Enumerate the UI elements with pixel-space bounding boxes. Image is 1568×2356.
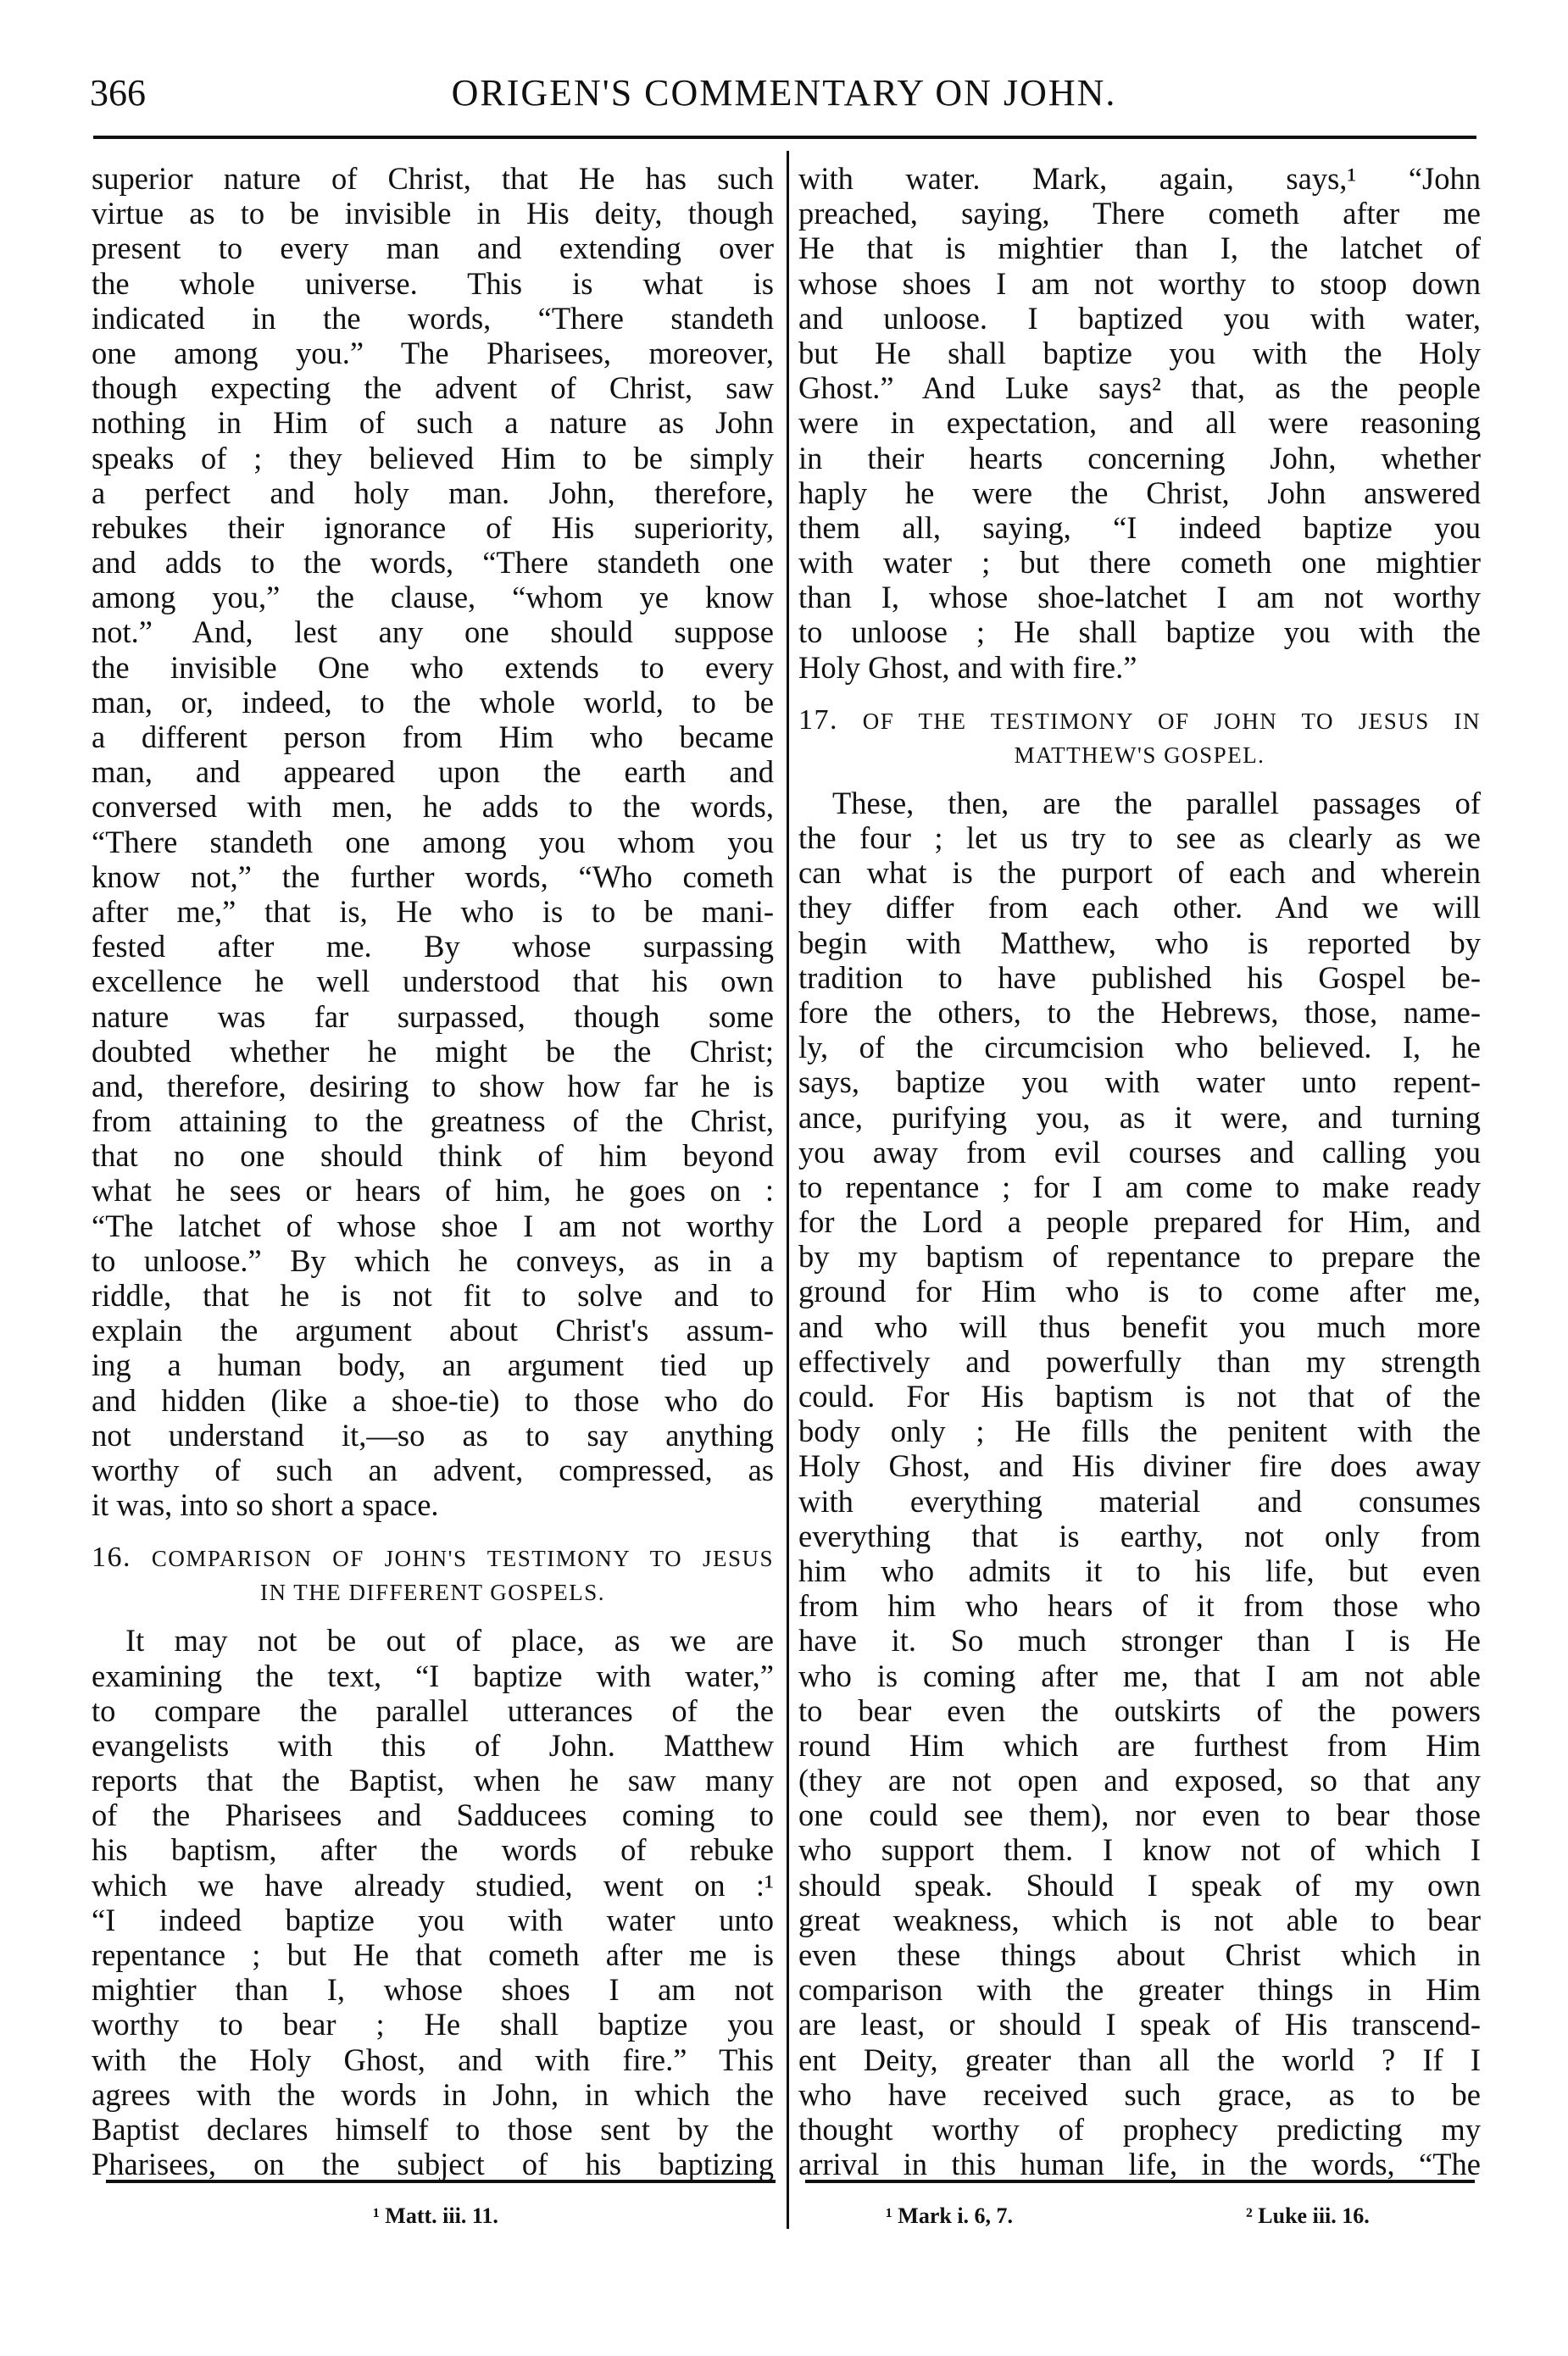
text-line: and adds to the words, “There standeth o…	[92, 545, 774, 580]
text-line: him who admits it to his life, but even	[798, 1553, 1481, 1588]
text-line: says, baptize you with water unto repent…	[798, 1064, 1481, 1099]
text-line: were in expectation, and all were reason…	[798, 405, 1481, 440]
text-line: to repentance ; for I am come to make re…	[798, 1170, 1481, 1204]
left-paragraph-1: superior nature of Christ, that He has s…	[92, 161, 774, 1522]
text-line: worthy to bear ; He shall baptize you	[92, 2007, 774, 2042]
text-line: not understand it,—so as to say anything	[92, 1418, 774, 1453]
right-paragraph-2: These, then, are the parallel passages o…	[798, 786, 1481, 2182]
text-line: everything that is earthy, not only from	[798, 1519, 1481, 1553]
section-title-line1: COMPARISON OF JOHN'S TESTIMONY TO JESUS	[152, 1546, 774, 1571]
text-line: He that is mightier than I, the latchet …	[798, 231, 1481, 265]
text-line: haply he were the Christ, John answered	[798, 475, 1481, 510]
text-line: even these things about Christ which in	[798, 1937, 1481, 1972]
text-line: have it. So much stronger than I is He	[798, 1623, 1481, 1658]
footnote-matthew: ¹ Matt. iii. 11.	[373, 2203, 498, 2229]
text-line: conversed with men, he adds to the words…	[92, 789, 774, 824]
text-line: comparison with the greater things in Hi…	[798, 1972, 1481, 2007]
section-title-line2: MATTHEW'S GOSPEL.	[798, 738, 1481, 772]
text-line: superior nature of Christ, that He has s…	[92, 161, 774, 196]
text-line: great weakness, which is not able to bea…	[798, 1903, 1481, 1937]
section-title-line1: OF THE TESTIMONY OF JOHN TO JESUS IN	[863, 708, 1481, 734]
text-line: Ghost.” And Luke says² that, as the peop…	[798, 370, 1481, 405]
text-line: it was, into so short a space.	[92, 1487, 774, 1522]
text-line: man, or, indeed, to the whole world, to …	[92, 685, 774, 720]
text-line: evangelists with this of John. Matthew	[92, 1728, 774, 1763]
text-line: ance, purifying you, as it were, and tur…	[798, 1100, 1481, 1135]
text-line: “There standeth one among you whom you	[92, 825, 774, 859]
column-divider	[787, 151, 789, 2229]
text-line: “I indeed baptize you with water unto	[92, 1903, 774, 1937]
text-line: know not,” the further words, “Who comet…	[92, 859, 774, 894]
text-line: whose shoes I am not worthy to stoop dow…	[798, 266, 1481, 301]
running-title: ORIGEN'S COMMENTARY ON JOHN.	[0, 71, 1568, 114]
text-line: the whole universe. This is what is	[92, 266, 774, 301]
text-line: effectively and powerfully than my stren…	[798, 1344, 1481, 1379]
text-line: Holy Ghost, and with fire.”	[798, 650, 1481, 685]
text-line: to unloose ; He shall baptize you with t…	[798, 614, 1481, 649]
text-line: for the Lord a people prepared for Him, …	[798, 1204, 1481, 1239]
text-line: from attaining to the greatness of the C…	[92, 1103, 774, 1138]
text-line: the invisible One who extends to every	[92, 650, 774, 685]
left-paragraph-2: It may not be out of place, as we areexa…	[92, 1623, 774, 2181]
text-line: should speak. Should I speak of my own	[798, 1868, 1481, 1903]
text-line: which we have already studied, went on :…	[92, 1868, 774, 1903]
section-title-line2: IN THE DIFFERENT GOSPELS.	[92, 1575, 774, 1609]
text-line: and, therefore, desiring to show how far…	[92, 1069, 774, 1103]
text-line: with water. Mark, again, says,¹ “John	[798, 161, 1481, 196]
text-line: you away from evil courses and calling y…	[798, 1135, 1481, 1170]
text-line: tradition to have published his Gospel b…	[798, 960, 1481, 995]
text-line: with the Holy Ghost, and with fire.” Thi…	[92, 2042, 774, 2077]
text-line: with water ; but there cometh one mighti…	[798, 545, 1481, 580]
text-line: what he sees or hears of him, he goes on…	[92, 1173, 774, 1208]
footnote-rule-right	[805, 2180, 1475, 2183]
text-line: one could see them), nor even to bear th…	[798, 1798, 1481, 1832]
right-paragraph-1: with water. Mark, again, says,¹ “Johnpre…	[798, 161, 1481, 685]
text-line: indicated in the words, “There standeth	[92, 301, 774, 336]
text-line: and who will thus benefit you much more	[798, 1309, 1481, 1344]
text-line: riddle, that he is not fit to solve and …	[92, 1278, 774, 1313]
text-line: to compare the parallel utterances of th…	[92, 1693, 774, 1728]
text-line: Pharisees, on the subject of his baptizi…	[92, 2147, 774, 2181]
text-line: ground for Him who is to come after me,	[798, 1274, 1481, 1309]
text-line: excellence he well understood that his o…	[92, 964, 774, 998]
section-heading-17: 17. OF THE TESTIMONY OF JOHN TO JESUS IN…	[798, 703, 1481, 772]
text-line: could. For His baptism is not that of th…	[798, 1379, 1481, 1414]
text-line: one among you.” The Pharisees, moreover,	[92, 336, 774, 370]
text-line: ent Deity, greater than all the world ? …	[798, 2042, 1481, 2077]
text-line: doubted whether he might be the Christ;	[92, 1034, 774, 1069]
text-line: in their hearts concerning John, whether	[798, 441, 1481, 475]
text-line: who have received such grace, as to be	[798, 2077, 1481, 2112]
text-line: not.” And, lest any one should suppose	[92, 614, 774, 649]
text-line: examining the text, “I baptize with wate…	[92, 1659, 774, 1693]
text-line: “The latchet of whose shoe I am not wort…	[92, 1209, 774, 1243]
text-line: ly, of the circumcision who believed. I,…	[798, 1030, 1481, 1064]
text-line: rebukes their ignorance of His superiori…	[92, 510, 774, 545]
text-line: than I, whose shoe-latchet I am not wort…	[798, 580, 1481, 614]
text-line: his baptism, after the words of rebuke	[92, 1832, 774, 1867]
section-heading-16: 16. COMPARISON OF JOHN'S TESTIMONY TO JE…	[92, 1541, 774, 1609]
text-line: Holy Ghost, and His diviner fire does aw…	[798, 1448, 1481, 1483]
text-line: from him who hears of it from those who	[798, 1588, 1481, 1623]
text-line: reports that the Baptist, when he saw ma…	[92, 1763, 774, 1798]
text-line: but He shall baptize you with the Holy	[798, 336, 1481, 370]
text-line: speaks of ; they believed Him to be simp…	[92, 441, 774, 475]
text-line: they differ from each other. And we will	[798, 890, 1481, 925]
text-line: to unloose.” By which he conveys, as in …	[92, 1243, 774, 1278]
text-line: man, and appeared upon the earth and	[92, 754, 774, 789]
text-line: fested after me. By whose surpassing	[92, 929, 774, 964]
text-line: arrival in this human life, in the words…	[798, 2147, 1481, 2181]
header-rule	[93, 136, 1476, 139]
text-line: nature was far surpassed, though some	[92, 999, 774, 1034]
text-line: with everything material and consumes	[798, 1484, 1481, 1519]
section-number: 16.	[92, 1542, 131, 1573]
text-line: These, then, are the parallel passages o…	[798, 786, 1481, 820]
right-column: with water. Mark, again, says,¹ “Johnpre…	[798, 161, 1481, 2181]
text-line: though expecting the advent of Christ, s…	[92, 370, 774, 405]
text-line: to bear even the outskirts of the powers	[798, 1693, 1481, 1728]
text-line: agrees with the words in John, in which …	[92, 2077, 774, 2112]
text-line: the four ; let us try to see as clearly …	[798, 820, 1481, 855]
text-line: begin with Matthew, who is reported by	[798, 925, 1481, 960]
text-line: virtue as to be invisible in His deity, …	[92, 196, 774, 231]
text-line: ing a human body, an argument tied up	[92, 1347, 774, 1382]
text-line: thought worthy of prophecy predicting my	[798, 2112, 1481, 2147]
text-line: a different person from Him who became	[92, 720, 774, 754]
text-line: (they are not open and exposed, so that …	[798, 1763, 1481, 1798]
text-line: worthy of such an advent, compressed, as	[92, 1453, 774, 1487]
footnote-luke: ² Luke iii. 16.	[1246, 2203, 1370, 2229]
text-line: fore the others, to the Hebrews, those, …	[798, 995, 1481, 1030]
text-line: repentance ; but He that cometh after me…	[92, 1937, 774, 1972]
text-line: among you,” the clause, “whom ye know	[92, 580, 774, 614]
text-line: who is coming after me, that I am not ab…	[798, 1659, 1481, 1693]
text-line: and unloose. I baptized you with water,	[798, 301, 1481, 336]
text-line: Baptist declares himself to those sent b…	[92, 2112, 774, 2147]
text-line: and hidden (like a shoe-tie) to those wh…	[92, 1383, 774, 1418]
text-line: who support them. I know not of which I	[798, 1832, 1481, 1867]
left-column: superior nature of Christ, that He has s…	[92, 161, 774, 2181]
text-line: after me,” that is, He who is to be mani…	[92, 894, 774, 929]
section-number: 17.	[798, 704, 838, 736]
footnote-rule-left	[106, 2180, 776, 2183]
text-line: preached, saying, There cometh after me	[798, 196, 1481, 231]
text-line: nothing in Him of such a nature as John	[92, 405, 774, 440]
text-line: them all, saying, “I indeed baptize you	[798, 510, 1481, 545]
text-line: by my baptism of repentance to prepare t…	[798, 1239, 1481, 1274]
footnote-mark: ¹ Mark i. 6, 7.	[886, 2203, 1013, 2229]
text-line: that no one should think of him beyond	[92, 1138, 774, 1173]
text-line: of the Pharisees and Sadducees coming to	[92, 1798, 774, 1832]
text-line: round Him which are furthest from Him	[798, 1728, 1481, 1763]
text-line: explain the argument about Christ's assu…	[92, 1313, 774, 1347]
text-line: are least, or should I speak of His tran…	[798, 2007, 1481, 2042]
text-line: can what is the purport of each and wher…	[798, 855, 1481, 890]
text-line: mightier than I, whose shoes I am not	[92, 1972, 774, 2007]
text-line: It may not be out of place, as we are	[92, 1623, 774, 1658]
text-line: a perfect and holy man. John, therefore,	[92, 475, 774, 510]
text-line: present to every man and extending over	[92, 231, 774, 265]
text-line: body only ; He fills the penitent with t…	[798, 1414, 1481, 1448]
